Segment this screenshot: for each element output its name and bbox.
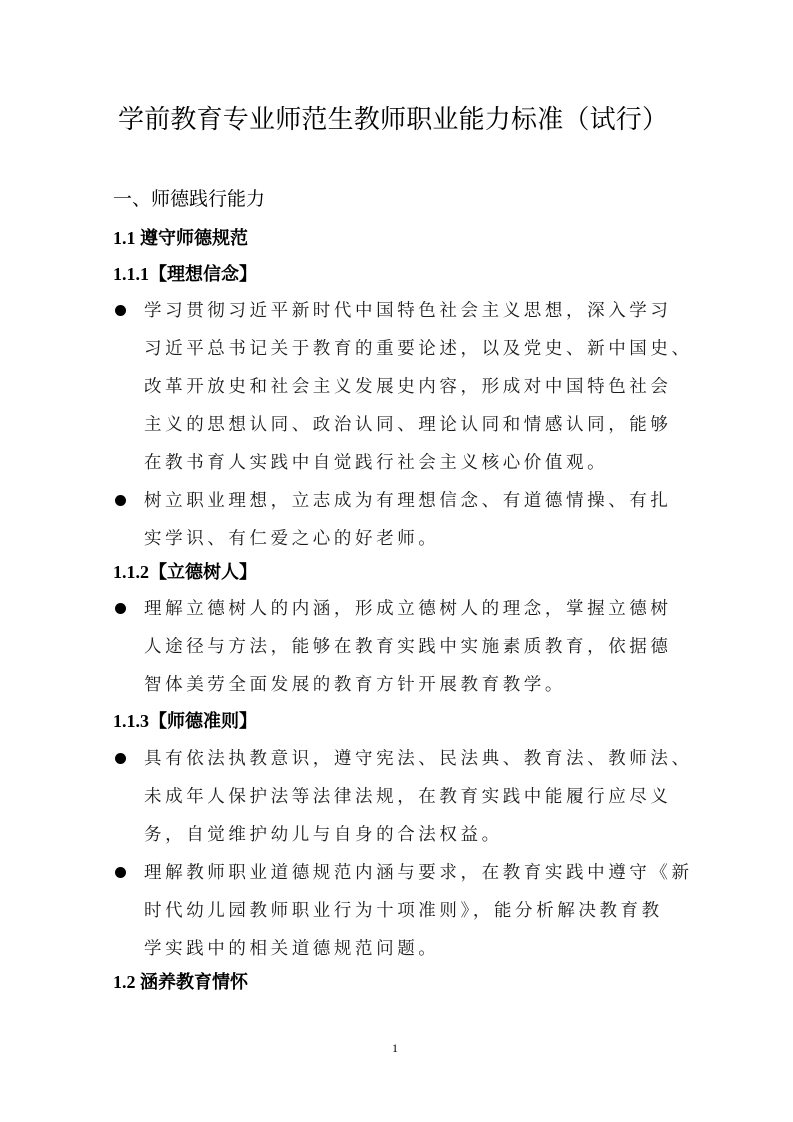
bullet-item: 树立职业理想，立志成为有理想信念、有道德情操、有扎 实学识、有仁爱之心的好老师。 [113, 482, 683, 558]
item-heading: 1.1.3【师德准则】 [113, 706, 257, 736]
text-line: 未成年人保护法等法律法规，在教育实践中能履行应尽义 [144, 778, 683, 816]
subsection-heading: 1.2 涵养教育情怀 [113, 967, 248, 997]
bullet-item: 理解教师职业道德规范内涵与要求，在教育实践中遵守《新 时代幼儿园教师职业行为十项… [113, 854, 683, 968]
bullet-dot-icon [115, 495, 126, 506]
bullet-item: 理解立德树人的内涵，形成立德树人的理念，掌握立德树 人途径与方法，能够在教育实践… [113, 590, 683, 704]
text-line: 在教书育人实践中自觉践行社会主义核心价值观。 [144, 444, 683, 482]
bullet-dot-icon [115, 867, 126, 878]
bullet-dot-icon [115, 753, 126, 764]
text-line: 树立职业理想，立志成为有理想信念、有道德情操、有扎 [144, 482, 683, 520]
page-number: 1 [392, 1040, 398, 1056]
bullet-item: 学习贯彻习近平新时代中国特色社会主义思想，深入学习 习近平总书记关于教育的重要论… [113, 292, 683, 482]
text-line: 主义的思想认同、政治认同、理论认同和情感认同，能够 [144, 406, 683, 444]
bullet-item: 具有依法执教意识，遵守宪法、民法典、教育法、教师法、 未成年人保护法等法律法规，… [113, 740, 683, 854]
text-line: 改革开放史和社会主义发展史内容，形成对中国特色社会 [144, 368, 683, 406]
text-line: 实学识、有仁爱之心的好老师。 [144, 520, 683, 558]
item-heading: 1.1.2【立德树人】 [113, 557, 257, 587]
text-line: 人途径与方法，能够在教育实践中实施素质教育，依据德 [144, 628, 683, 666]
bullet-dot-icon [115, 603, 126, 614]
bullet-list: 理解立德树人的内涵，形成立德树人的理念，掌握立德树 人途径与方法，能够在教育实践… [113, 590, 683, 704]
subsection-heading: 1.1 遵守师德规范 [113, 223, 248, 253]
bullet-list: 具有依法执教意识，遵守宪法、民法典、教育法、教师法、 未成年人保护法等法律法规，… [113, 740, 683, 968]
text-line: 理解立德树人的内涵，形成立德树人的理念，掌握立德树 [144, 590, 683, 628]
text-line: 时代幼儿园教师职业行为十项准则》，能分析解决教育教 [144, 892, 683, 930]
document-title: 学前教育专业师范生教师职业能力标准（试行） [118, 100, 678, 140]
text-line: 习近平总书记关于教育的重要论述，以及党史、新中国史、 [144, 330, 683, 368]
item-heading: 1.1.1【理想信念】 [113, 259, 257, 289]
section-heading: 一、师德践行能力 [113, 183, 265, 215]
document-page: 学前教育专业师范生教师职业能力标准（试行） 一、师德践行能力 1.1 遵守师德规… [0, 0, 793, 1122]
text-line: 理解教师职业道德规范内涵与要求，在教育实践中遵守《新 [144, 854, 683, 892]
bullet-list: 学习贯彻习近平新时代中国特色社会主义思想，深入学习 习近平总书记关于教育的重要论… [113, 292, 683, 558]
text-line: 智体美劳全面发展的教育方针开展教育教学。 [144, 666, 683, 704]
text-line: 学实践中的相关道德规范问题。 [144, 930, 683, 968]
text-line: 务，自觉维护幼儿与自身的合法权益。 [144, 816, 683, 854]
text-line: 具有依法执教意识，遵守宪法、民法典、教育法、教师法、 [144, 740, 683, 778]
text-line: 学习贯彻习近平新时代中国特色社会主义思想，深入学习 [144, 292, 683, 330]
bullet-dot-icon [115, 305, 126, 316]
